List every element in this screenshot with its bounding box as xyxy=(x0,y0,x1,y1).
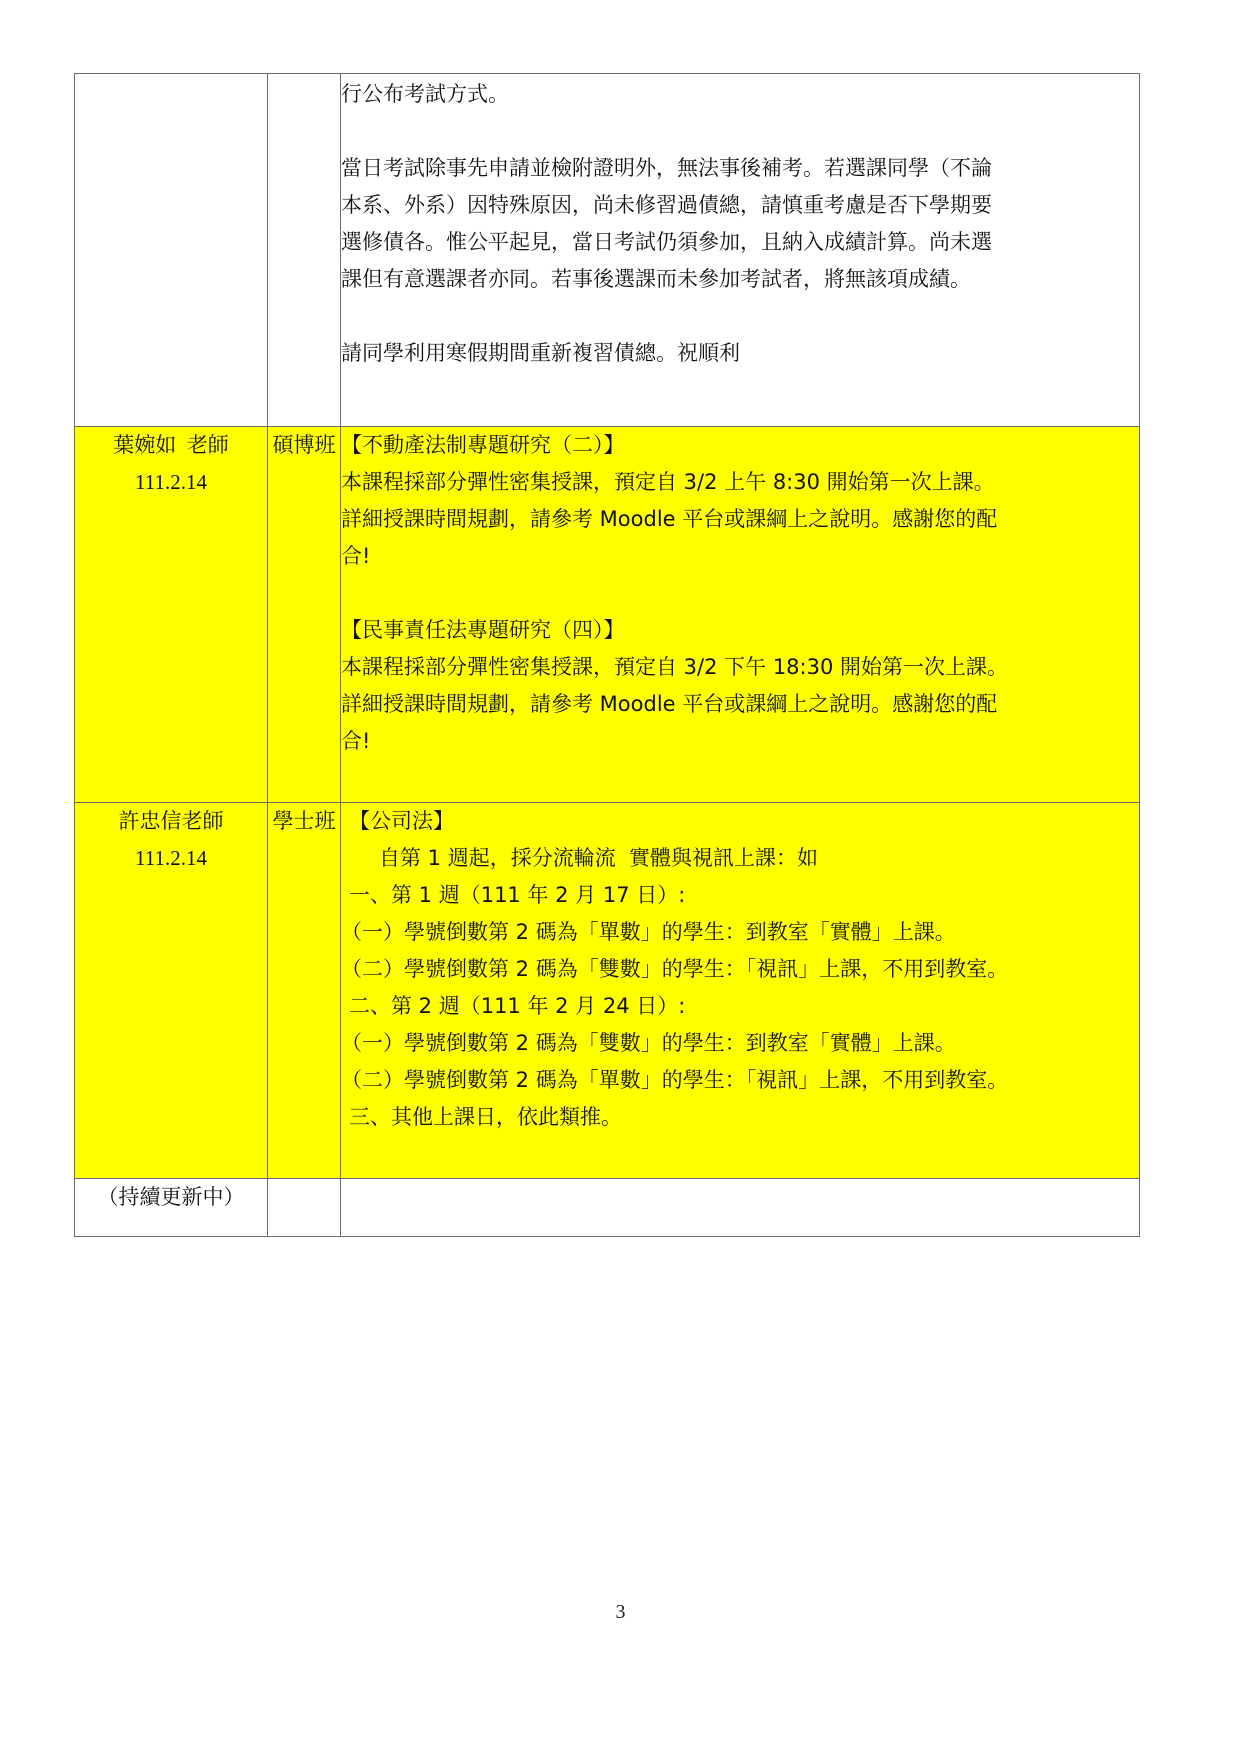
content-line: 詳細授課時間規劃，請參考 Moodle 平台或課綱上之說明。感謝您的配 xyxy=(341,686,1139,723)
page-number: 3 xyxy=(0,1601,1241,1624)
content-line: 課但有意選課者亦同。若事後選課而未參加考試者，將無該項成績。 xyxy=(341,261,1139,298)
table-row: 行公布考試方式。 當日考試除事先申請並檢附證明外，無法事後補考。若選課同學（不論… xyxy=(75,74,1140,427)
week-heading: 二、第 2 週（111 年 2 月 24 日）: xyxy=(341,988,1139,1025)
content-line: 合! xyxy=(341,538,1139,575)
class-cell xyxy=(268,74,341,427)
content-line: 本系、外系）因特殊原因，尚未修習過債總，請慎重考慮是否下學期要 xyxy=(341,187,1139,224)
content-cell xyxy=(341,1179,1140,1237)
course-title: 【民事責任法專題研究（四）】 xyxy=(341,612,1139,649)
content-line: 行公布考試方式。 xyxy=(341,76,1139,113)
content-cell: 【公司法】 自第 1 週起，採分流輪流 實體與視訊上課：如 一、第 1 週（11… xyxy=(341,803,1140,1179)
class-type: 學士班 xyxy=(273,809,336,833)
teacher-cell: 許忠信老師 111.2.14 xyxy=(75,803,268,1179)
notice-date: 111.2.14 xyxy=(75,464,267,501)
week-heading: 一、第 1 週（111 年 2 月 17 日）: xyxy=(341,877,1139,914)
content-cell: 【不動產法制專題研究（二）】 本課程採部分彈性密集授課，預定自 3/2 上午 8… xyxy=(341,427,1140,803)
content-line: 合! xyxy=(341,723,1139,760)
table-row: 許忠信老師 111.2.14 學士班 【公司法】 自第 1 週起，採分流輪流 實… xyxy=(75,803,1140,1179)
content-cell: 行公布考試方式。 當日考試除事先申請並檢附證明外，無法事後補考。若選課同學（不論… xyxy=(341,74,1140,427)
teacher-name: 葉婉如 老師 xyxy=(75,427,267,464)
blank-line xyxy=(341,298,1139,335)
content-line: 本課程採部分彈性密集授課，預定自 3/2 下午 18:30 開始第一次上課。 xyxy=(341,649,1139,686)
class-cell: 碩博班 xyxy=(268,427,341,803)
content-line: （一）學號倒數第 2 碼為「雙數」的學生：到教室「實體」上課。 xyxy=(341,1025,1139,1062)
class-cell xyxy=(268,1179,341,1237)
content-line: 請同學利用寒假期間重新複習債總。祝順利 xyxy=(341,335,1139,372)
blank-line xyxy=(341,113,1139,150)
content-line: 自第 1 週起，採分流輪流 實體與視訊上課：如 xyxy=(341,840,1139,877)
updating-note: （持續更新中） xyxy=(75,1179,267,1216)
content-line: 選修債各。惟公平起見，當日考試仍須參加，且納入成績計算。尚未選 xyxy=(341,224,1139,261)
content-line: （一）學號倒數第 2 碼為「單數」的學生：到教室「實體」上課。 xyxy=(341,914,1139,951)
content-line: （二）學號倒數第 2 碼為「單數」的學生：「視訊」上課，不用到教室。 xyxy=(341,1062,1139,1099)
course-title: 【不動產法制專題研究（二）】 xyxy=(341,427,1139,464)
content-line: 三、其他上課日，依此類推。 xyxy=(341,1099,1139,1136)
table-row: （持續更新中） xyxy=(75,1179,1140,1237)
content-line: 當日考試除事先申請並檢附證明外，無法事後補考。若選課同學（不論 xyxy=(341,150,1139,187)
class-cell: 學士班 xyxy=(268,803,341,1179)
document-page: 行公布考試方式。 當日考試除事先申請並檢附證明外，無法事後補考。若選課同學（不論… xyxy=(0,0,1241,1755)
content-line: （二）學號倒數第 2 碼為「雙數」的學生：「視訊」上課，不用到教室。 xyxy=(341,951,1139,988)
teacher-cell: 葉婉如 老師 111.2.14 xyxy=(75,427,268,803)
teacher-cell xyxy=(75,74,268,427)
content-line: 本課程採部分彈性密集授課，預定自 3/2 上午 8:30 開始第一次上課。 xyxy=(341,464,1139,501)
teacher-name: 許忠信老師 xyxy=(75,803,267,840)
notice-date: 111.2.14 xyxy=(75,840,267,877)
course-notice-table: 行公布考試方式。 當日考試除事先申請並檢附證明外，無法事後補考。若選課同學（不論… xyxy=(74,73,1140,1237)
blank-line xyxy=(341,575,1139,612)
course-title: 【公司法】 xyxy=(341,803,1139,840)
content-line: 詳細授課時間規劃，請參考 Moodle 平台或課綱上之說明。感謝您的配 xyxy=(341,501,1139,538)
table-row: 葉婉如 老師 111.2.14 碩博班 【不動產法制專題研究（二）】 本課程採部… xyxy=(75,427,1140,803)
class-type: 碩博班 xyxy=(273,433,336,457)
teacher-cell: （持續更新中） xyxy=(75,1179,268,1237)
